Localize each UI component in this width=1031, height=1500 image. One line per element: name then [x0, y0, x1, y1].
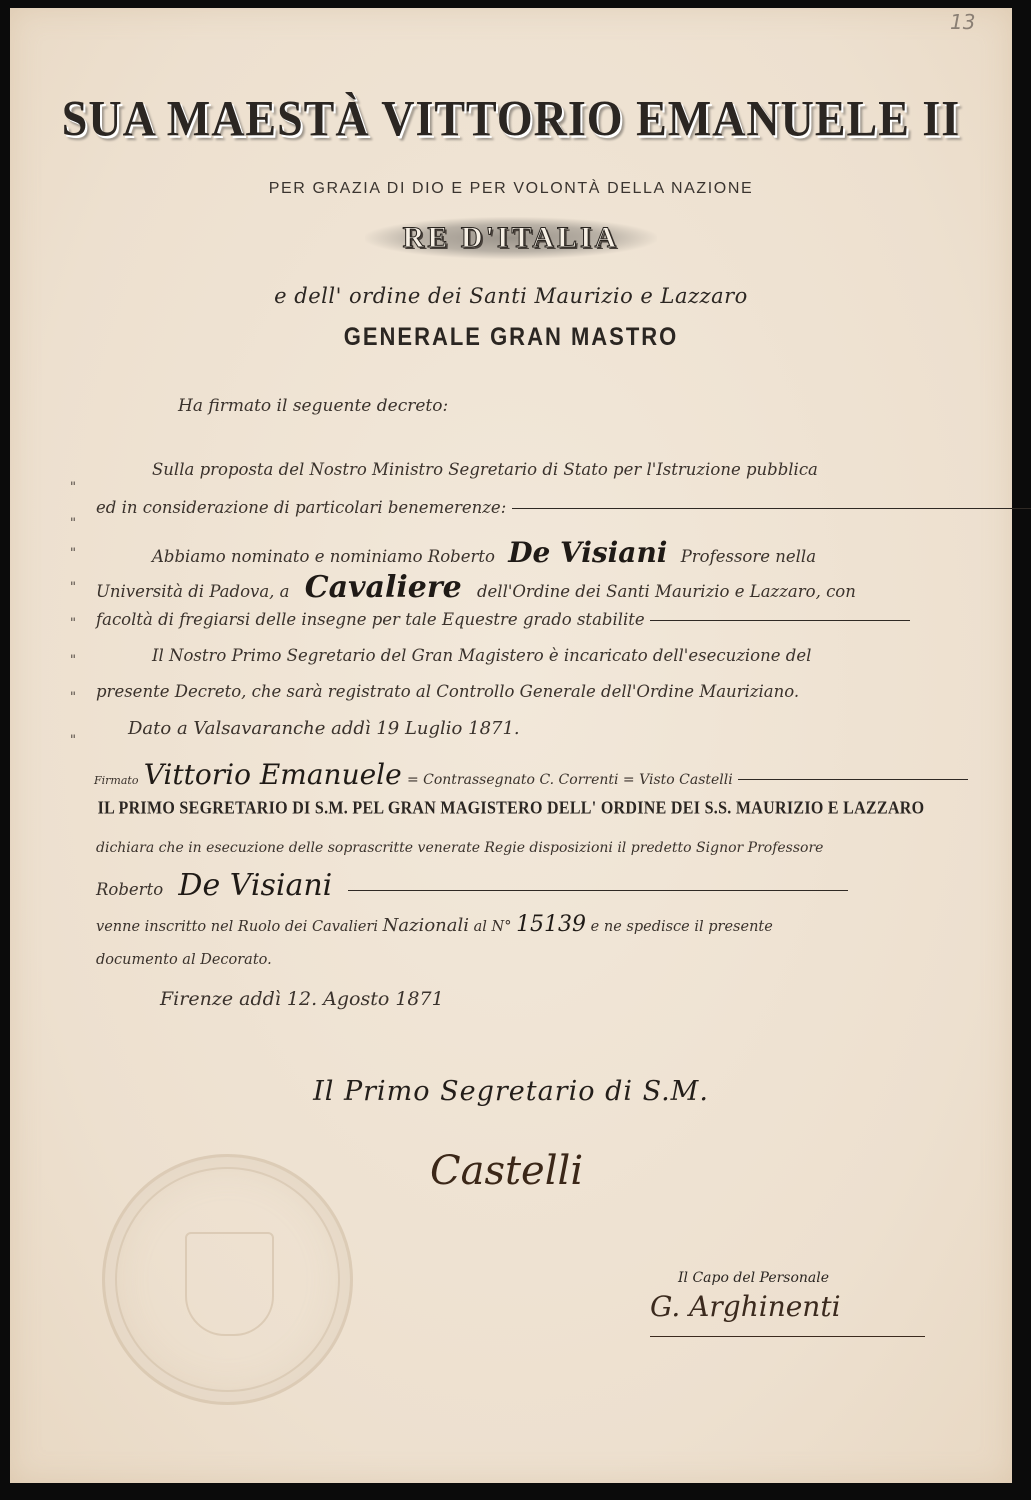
recipient-first-name: Roberto [96, 880, 163, 899]
roll-text: venne inscritto nel Ruolo dei Cavalieri [96, 919, 378, 935]
margin-quote-mark: " [70, 516, 76, 531]
number-label: al N° [474, 919, 512, 935]
decree-line-6: Il Nostro Primo Segretario del Gran Magi… [152, 646, 811, 665]
fill-rule [512, 508, 1031, 509]
signatory-title: Il Primo Segretario di S.M. [10, 1076, 1012, 1107]
university-text: Università di Padova, a [96, 582, 290, 601]
margin-quote-mark: " [70, 616, 76, 631]
recipient-name: De Visiani [508, 536, 667, 569]
margin-quote-mark: " [70, 733, 76, 748]
declaration-line-4: documento al Decorato. [96, 952, 272, 968]
decree-line-3: Abbiamo nominato e nominiamo Roberto De … [152, 536, 816, 569]
document-title: SUA MAESTÀ VITTORIO EMANUELE II [10, 89, 1012, 147]
fill-rule [348, 890, 848, 891]
decree-line-2-text: ed in considerazione di particolari bene… [96, 498, 506, 517]
recipient-last-name: De Visiani [178, 868, 332, 903]
registration-number: 15139 [516, 912, 586, 937]
dispatch-text: e ne spedisce il presente [591, 919, 773, 935]
knight-category: Nazionali [383, 915, 469, 936]
coat-of-arms-icon [185, 1232, 274, 1336]
nomination-text: Abbiamo nominato e nominiamo Roberto [152, 547, 495, 566]
kingdom-title: RE D'ITALIA [365, 217, 658, 259]
declaration-line-1: dichiara che in esecuzione delle soprasc… [96, 840, 823, 856]
fill-rule [650, 620, 910, 621]
profession-text: Professore nella [681, 547, 816, 566]
countersign-text: = Contrassegnato C. Correnti = Visto Cas… [407, 772, 733, 788]
firmato-label: Firmato [94, 774, 138, 787]
rank-awarded: Cavaliere [305, 570, 462, 605]
margin-quote-mark: " [70, 653, 76, 668]
margin-quote-mark: " [70, 546, 76, 561]
decree-line-7: presente Decreto, che sarà registrato al… [96, 682, 799, 701]
decree-line-2: ed in considerazione di particolari bene… [96, 498, 968, 517]
kingdom-banner: RE D'ITALIA [10, 217, 1012, 259]
rank-title: GENERALE GRAN MASTRO [10, 322, 1012, 352]
declaration-heading: IL PRIMO SEGRETARIO DI S.M. PEL GRAN MAG… [10, 799, 1012, 820]
king-signature-line: Firmato Vittorio Emanuele = Contrassegna… [94, 758, 968, 791]
page-number-annotation: 13 [950, 10, 975, 34]
primo-signature: Castelli [430, 1148, 583, 1194]
signature-flourish [650, 1336, 925, 1337]
decree-line-1: Sulla proposta del Nostro Ministro Segre… [152, 460, 818, 479]
insignia-text: facoltà di fregiarsi delle insegne per t… [96, 610, 645, 629]
decree-date: Dato a Valsavaranche addì 19 Luglio 1871… [128, 718, 520, 739]
certificate-page: 13 SUA MAESTÀ VITTORIO EMANUELE II PER G… [10, 8, 1012, 1483]
capo-title: Il Capo del Personale [678, 1270, 829, 1286]
decree-line-4: Università di Padova, a Cavaliere dell'O… [96, 570, 856, 605]
fill-rule [738, 779, 968, 780]
grace-line: PER GRAZIA DI DIO E PER VOLONTÀ DELLA NA… [10, 180, 1012, 198]
declaration-line-2: Roberto De Visiani [96, 868, 848, 903]
decree-intro: Ha firmato il seguente decreto: [178, 396, 448, 416]
margin-quote-mark: " [70, 690, 76, 705]
order-text: dell'Ordine dei Santi Maurizio e Lazzaro… [477, 582, 856, 601]
margin-quote-mark: " [70, 580, 76, 595]
embossed-seal-icon [102, 1154, 353, 1405]
decree-line-5: facoltà di fregiarsi delle insegne per t… [96, 610, 910, 629]
margin-quote-mark: " [70, 480, 76, 495]
order-line: e dell' ordine dei Santi Maurizio e Lazz… [10, 284, 1012, 308]
king-name: Vittorio Emanuele [144, 758, 402, 791]
issue-place-date: Firenze addì 12. Agosto 1871 [160, 988, 444, 1010]
capo-signature: G. Arghinenti [650, 1290, 841, 1323]
declaration-line-3: venne inscritto nel Ruolo dei Cavalieri … [96, 912, 773, 937]
